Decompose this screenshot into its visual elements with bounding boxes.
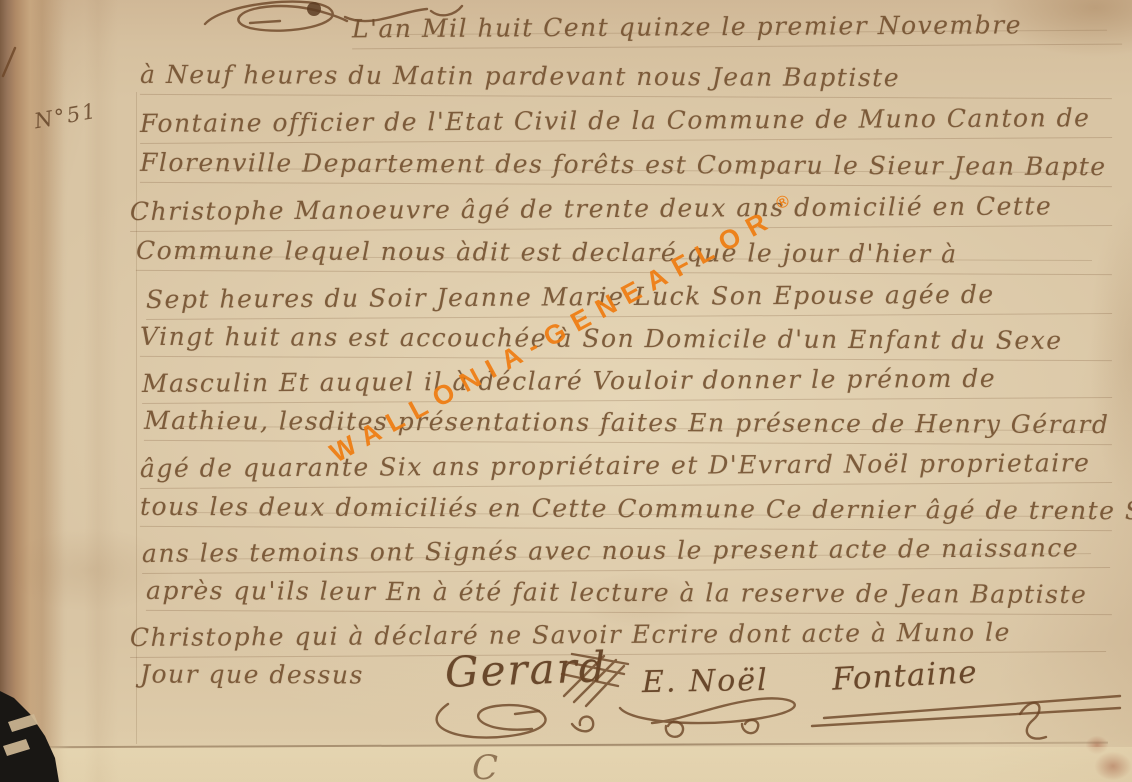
act-line: âgé de quarante Six ans propriétaire et … [140,444,1112,489]
act-line: Masculin Et auquel il à déclaré Vouloir … [142,359,1112,404]
page-bottom-strip [0,747,1132,782]
act-line: Florenville Departement des forêts est C… [140,144,1112,187]
act-line: après qu'ils leur En à été fait lecture … [146,572,1112,615]
act-line: Mathieu, lesdites présentations faites E… [144,402,1112,445]
act-line: à Neuf heures du Matin pardevant nous Je… [140,56,1112,99]
act-line: tous les deux domiciliés en Cette Commun… [140,488,1112,531]
act-closing-line: Jour que dessus [140,656,364,695]
act-line: Vingt huit ans est accouchée à Son Domic… [140,318,1112,361]
act-line: Christophe Manoeuvre âgé de trente deux … [130,187,1112,232]
book-clip-corner [0,685,72,782]
register-page-scan: N°51 L'an Mil huit Cent quinze le premie… [0,0,1132,782]
edge-pen-mark [0,46,20,80]
act-number-margin: N°51 [32,99,99,134]
act-line: Fontaine officier de l'Etat Civil de la … [140,99,1112,144]
signature-flourishes [420,686,1120,750]
next-entry-partial-letter: C [472,748,498,782]
act-line: L'an Mil huit Cent quinze le premier Nov… [352,6,1122,50]
act-line: Commune lequel nous àdit est declaré que… [136,232,1112,275]
act-line: ans les temoins ont Signés avec nous le … [142,529,1110,574]
